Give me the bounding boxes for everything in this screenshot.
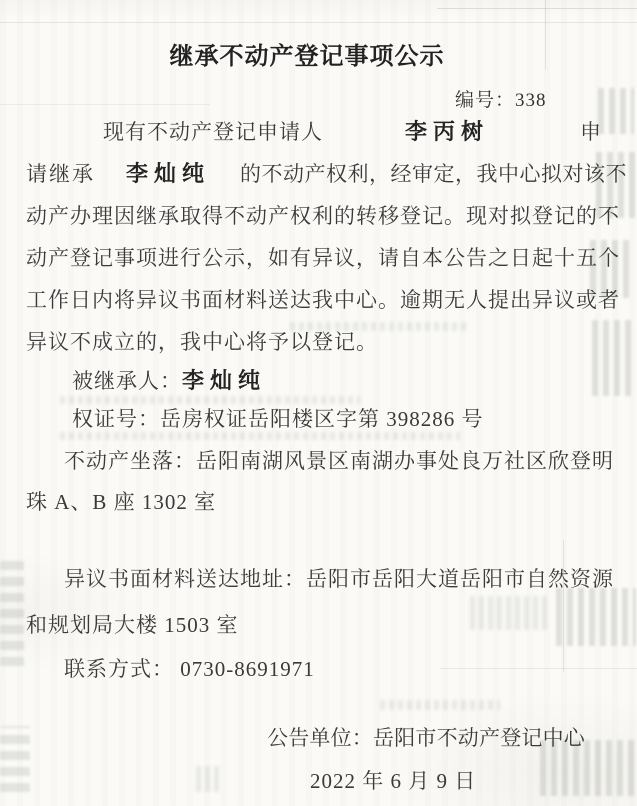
field-certificate-number: 权证号：岳房权证岳阳楼区字第 398286 号 [72,406,484,432]
scan-line-artifact [440,668,637,669]
paragraph-line: 请继承 李灿纯 的不动产权利，经审定，我中心拟对该不 [0,161,637,187]
paragraph-line: 动产登记事项进行公示，如有异议，请自本公告之日起十五个 [26,245,620,271]
field-property-location-line2: 珠 A、B 座 1302 室 [26,489,216,515]
footer-date: 2022 年 6 月 9 日 [310,768,476,794]
bleedthrough-mark [556,588,636,646]
document-title: 继承不动产登记事项公示 [0,36,614,71]
bleedthrough-mark [196,766,222,792]
paragraph-line1-suffix: 申 [580,119,602,145]
bleedthrough-mark [470,596,550,630]
field-objection-address-line1: 异议书面材料送达地址：岳阳市岳阳大道岳阳市自然资源 [64,566,614,592]
field-contact-phone: 联系方式： 0730-8691971 [64,656,315,682]
paragraph-line1-prefix: 现有不动产登记申请人 [103,119,323,145]
decedent-value: 李灿纯 [182,368,266,393]
serial-label: 编号： [455,90,515,111]
serial-number-line: 编号：338 [455,85,547,112]
scan-line-artifact [437,8,637,9]
paragraph-line: 现有不动产登记申请人 李丙树 申 [0,119,637,145]
decedent-label: 被继承人： [72,369,182,393]
paragraph-line2-prefix: 请继承 [26,161,95,187]
field-objection-address-line2: 和规划局大楼 1503 室 [26,612,239,638]
bleedthrough-mark [0,556,24,666]
bleedthrough-mark [60,396,360,404]
bleedthrough-mark [592,320,636,396]
document-page: 继承不动产登记事项公示 编号：338 现有不动产登记申请人 李丙树 申 请继承 … [0,0,637,806]
applicant-name: 李丙树 [405,119,489,145]
bleedthrough-mark [0,726,30,792]
footer-issuer: 公告单位：岳阳市不动产登记中心 [267,725,585,751]
paragraph-line: 动产办理因继承取得不动产权利的转移登记。现对拟登记的不 [26,203,620,229]
scan-line-artifact [0,104,210,105]
bleedthrough-mark [60,432,460,440]
scan-line-artifact [0,22,637,23]
bleedthrough-mark [380,700,500,710]
field-decedent: 被继承人：李灿纯 [72,368,266,394]
paragraph-line: 工作日内将异议书面材料送达我中心。逾期无人提出异议或者 [26,287,620,313]
paragraph-line2-suffix: 的不动产权利，经审定，我中心拟对该不 [240,161,627,187]
scan-line-artifact [563,540,564,672]
decedent-name-inline: 李灿纯 [126,161,210,187]
paragraph-line: 异议不成立的，我中心将予以登记。 [26,329,378,355]
serial-value: 338 [515,90,547,111]
field-property-location-line1: 不动产坐落：岳阳南湖风景区南湖办事处良万社区欣登明 [64,448,614,474]
